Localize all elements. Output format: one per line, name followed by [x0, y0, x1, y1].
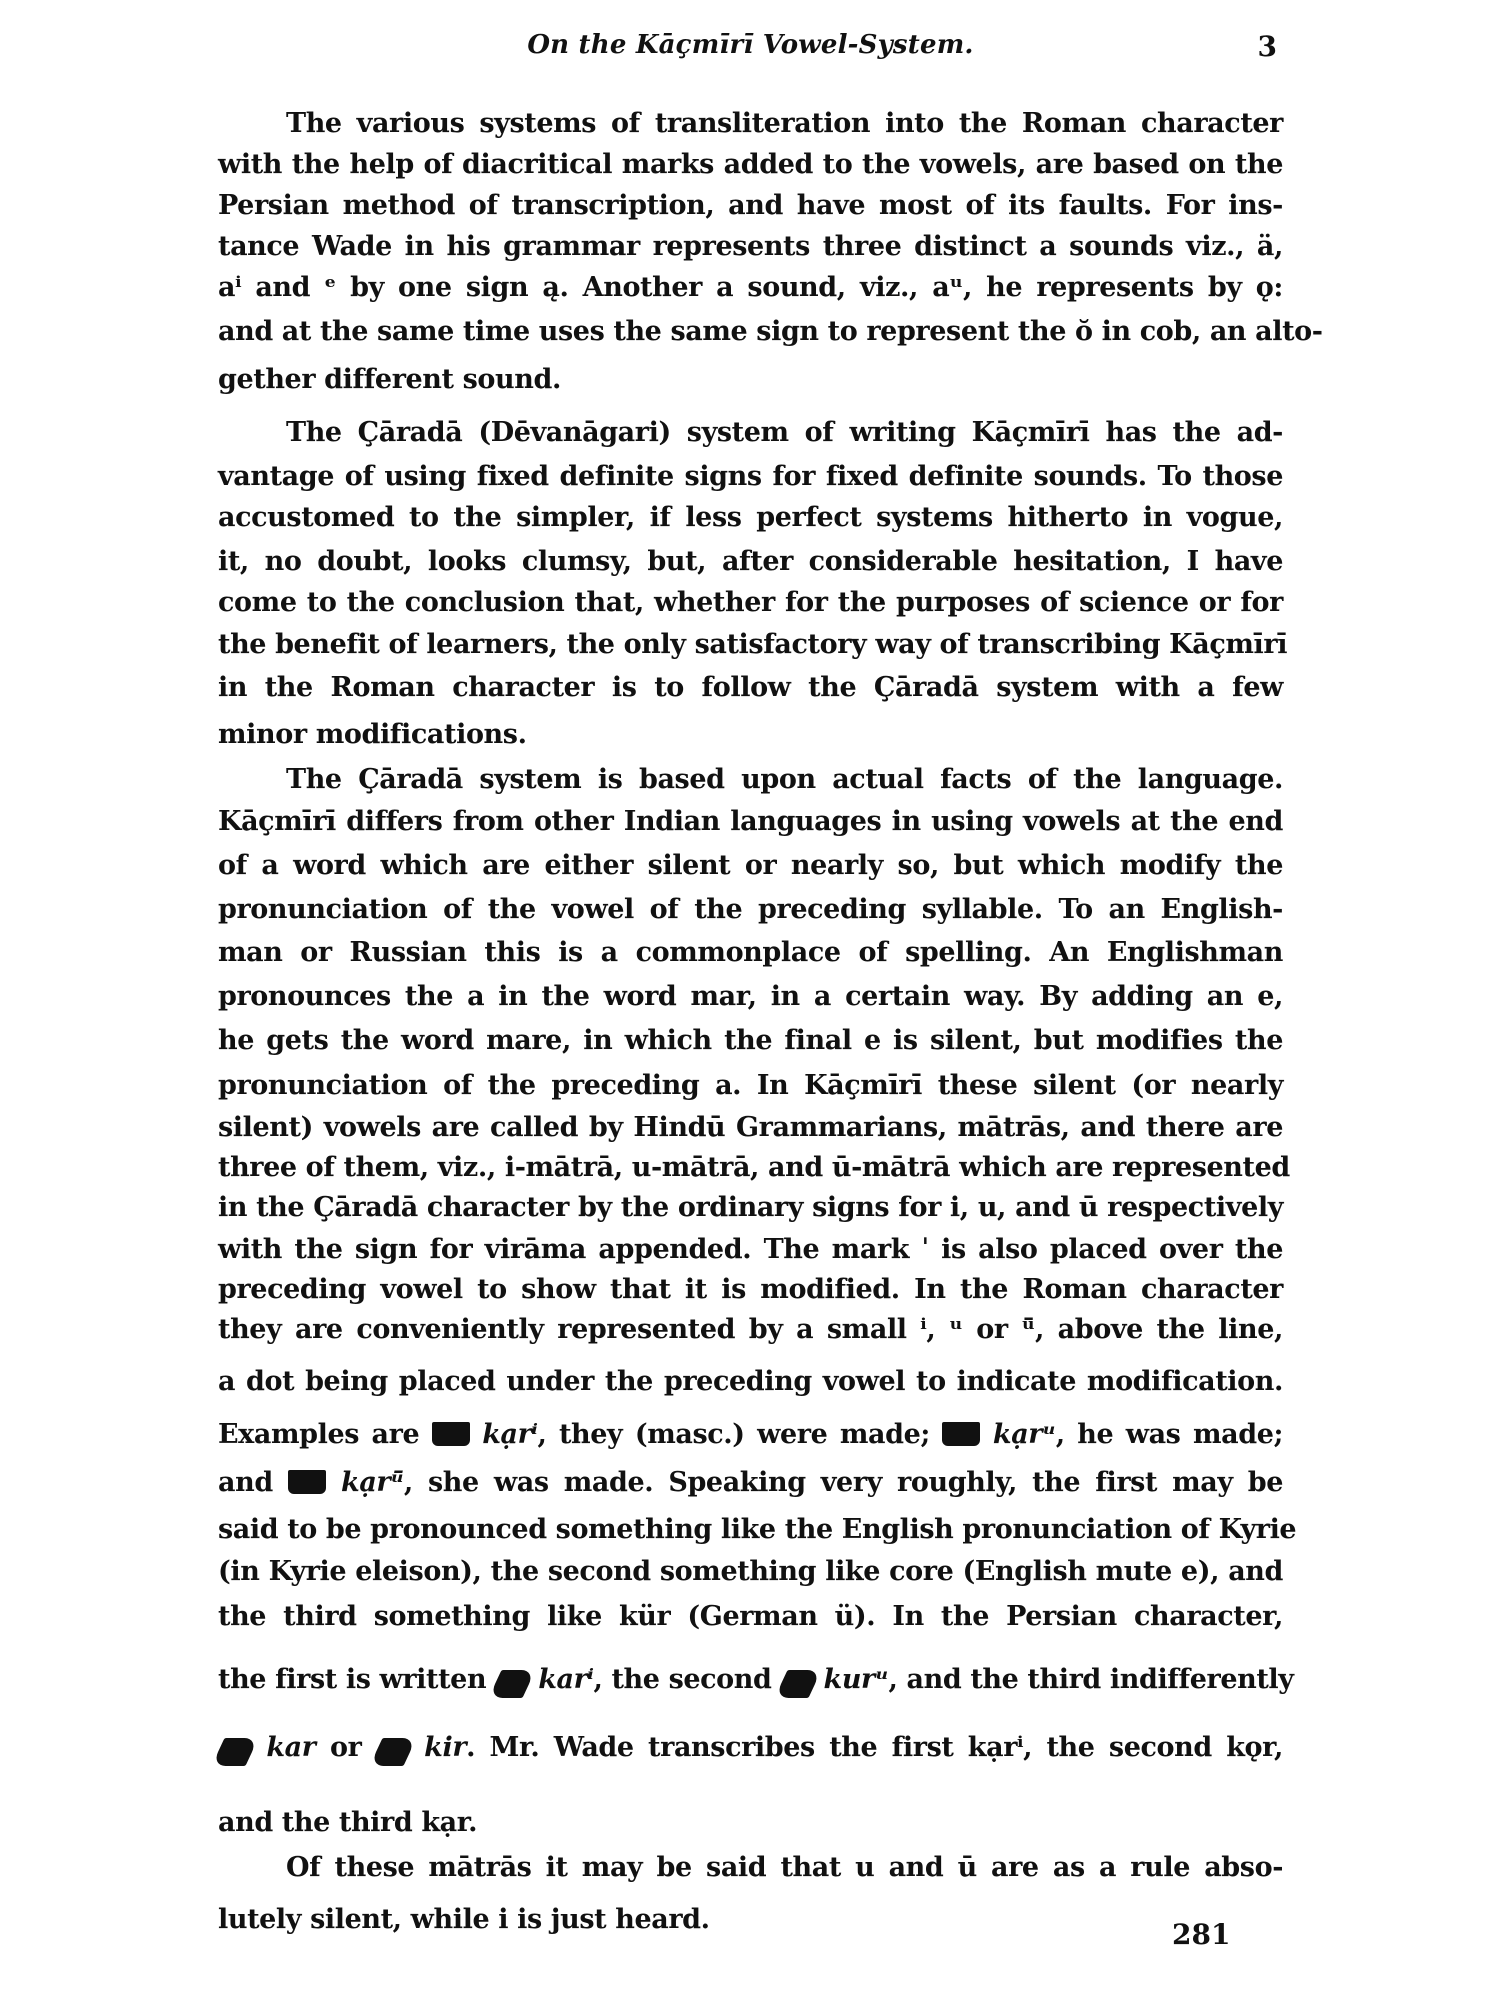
text-span: , the second [593, 1664, 771, 1695]
text-span: , and the third indifferently [889, 1664, 1294, 1695]
transliteration: kạrᵘ [993, 1419, 1056, 1450]
text-line: The Çāradā (Dēvanāgari) system of writin… [286, 413, 1283, 453]
text-line: preceding vowel to show that it is modif… [218, 1270, 1283, 1310]
text-line: he gets the word mare, in which the fina… [218, 1021, 1283, 1061]
text-line: Persian method of transcription, and hav… [218, 186, 1283, 226]
text-line: come to the conclusion that, whether for… [218, 583, 1283, 623]
text-line: accustomed to the simpler, if less perfe… [218, 498, 1283, 538]
text-line: pronunciation of the preceding a. In Kāç… [218, 1066, 1283, 1106]
text-line: with the help of diacritical marks added… [218, 145, 1283, 185]
text-line: Of these mātrās it may be said that u an… [286, 1848, 1283, 1888]
text-line: in the Çāradā character by the ordinary … [218, 1188, 1283, 1228]
text-span: , they (masc.) were made; [538, 1419, 930, 1450]
text-line: The Çāradā system is based upon actual f… [286, 760, 1283, 800]
persian-glyph: کر [774, 1670, 821, 1698]
transliteration: kar [266, 1732, 315, 1763]
text-line: silent) vowels are called by Hindū Gramm… [218, 1108, 1283, 1148]
text-line: pronunciation of the vowel of the preced… [218, 890, 1283, 930]
text-span: , she was made. Speaking very roughly, t… [404, 1467, 1283, 1498]
persian-line-1: the first is written کر karⁱ, the second… [218, 1660, 1283, 1700]
text-line: vantage of using fixed definite signs fo… [218, 457, 1283, 497]
text-line: of a word which are either silent or nea… [218, 846, 1283, 886]
text-span: and [218, 1467, 273, 1498]
text-line: minor modifications. [218, 715, 1283, 755]
text-span: Examples are [218, 1419, 419, 1450]
examples-line-1: Examples are करि kạrⁱ, they (masc.) were… [218, 1415, 1283, 1455]
text-line: in the Roman character is to follow the … [218, 668, 1283, 708]
text-line: and the third kạr. [218, 1803, 1283, 1843]
text-line: the third something like kür (German ü).… [218, 1597, 1283, 1637]
text-span: . Mr. Wade transcribes the first kạrⁱ, t… [466, 1732, 1283, 1763]
transliteration: kạrⁱ [482, 1419, 537, 1450]
transliteration: kurᵘ [824, 1664, 889, 1695]
transliteration: karⁱ [538, 1664, 593, 1695]
text-line: (in Kyrie eleison), the second something… [218, 1552, 1283, 1592]
text-line: they are conveniently represented by a s… [218, 1310, 1283, 1350]
running-header: On the Kāçmīrī Vowel-System. 3 [218, 30, 1283, 70]
text-line: with the sign for virāma appended. The m… [218, 1230, 1283, 1270]
text-line: tance Wade in his grammar represents thr… [218, 227, 1283, 267]
devanagari-glyph: करु [942, 1422, 980, 1446]
page-number-footer: 281 [1172, 1918, 1230, 1951]
text-line: man or Russian this is a commonplace of … [218, 933, 1283, 973]
text-line: lutely silent, while i is just heard. [218, 1900, 1283, 1940]
text-line: said to be pronounced something like the… [218, 1510, 1283, 1550]
text-line: aⁱ and ᵉ by one sign ą. Another a sound,… [218, 268, 1283, 308]
text-line: and at the same time uses the same sign … [218, 312, 1283, 352]
persian-line-2: کر kar or کر kir. Mr. Wade transcribes t… [218, 1728, 1283, 1768]
text-line: it, no doubt, looks clumsy, but, after c… [218, 542, 1283, 582]
devanagari-glyph: करू [288, 1470, 326, 1494]
text-span: the first is written [218, 1664, 486, 1695]
text-line: The various systems of transliteration i… [286, 104, 1283, 144]
persian-glyph: کر [369, 1738, 416, 1766]
text-line: Kāçmīrī differs from other Indian langua… [218, 802, 1283, 842]
devanagari-glyph: करि [432, 1422, 470, 1446]
running-title: On the Kāçmīrī Vowel-System. [218, 30, 1283, 60]
page-number-top: 3 [1258, 30, 1277, 63]
examples-line-2: and करू kạrᵘ̄, she was made. Speaking ve… [218, 1463, 1283, 1503]
text-line: three of them, viz., i-mātrā, u-mātrā, a… [218, 1148, 1283, 1188]
text-span: or [330, 1732, 361, 1763]
text-line: pronounces the a in the word mar, in a c… [218, 977, 1283, 1017]
persian-glyph: کر [489, 1670, 536, 1698]
text-line: gether different sound. [218, 360, 1283, 400]
text-span: , he was made; [1056, 1419, 1283, 1450]
text-line: a dot being placed under the preceding v… [218, 1362, 1283, 1402]
text-line: the benefit of learners, the only satisf… [218, 625, 1283, 665]
transliteration: kạrᵘ̄ [341, 1467, 404, 1498]
persian-glyph: کر [211, 1738, 258, 1766]
transliteration: kir [424, 1732, 466, 1763]
